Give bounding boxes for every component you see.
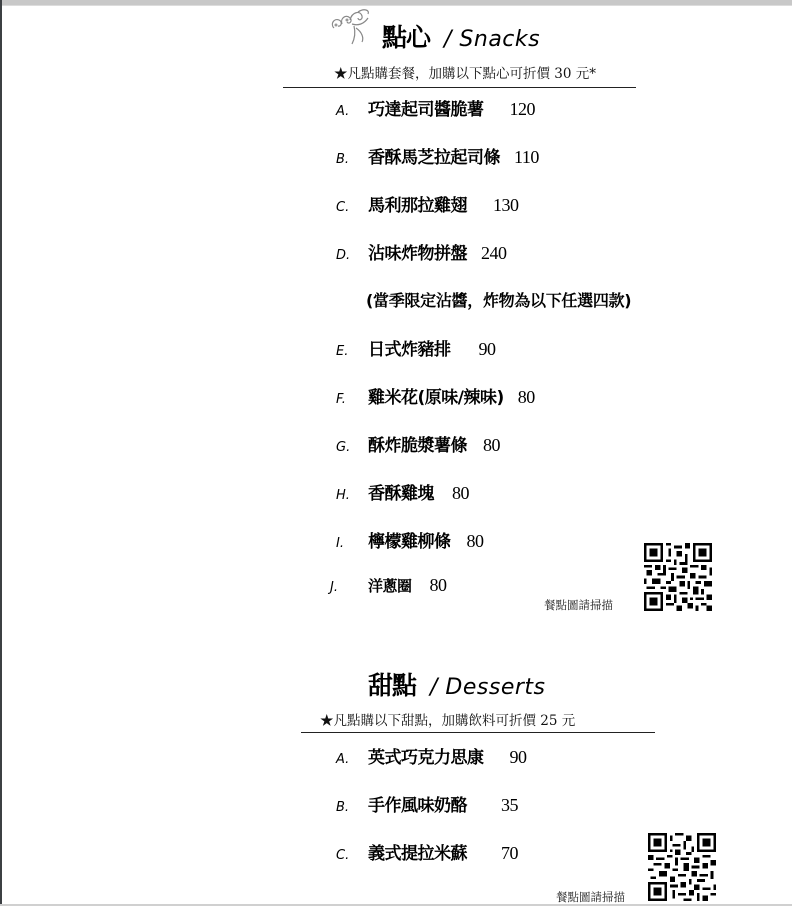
snacks-title-zh: 點心 [382,18,430,54]
dessert-item-c: C. 義式提拉米蘇 70 [336,839,518,864]
platter-note: (當季限定沾醬，炸物為以下任選四款) [366,288,631,311]
item-letter: C. [336,200,368,215]
snacks-qr-caption: 餐點圖請掃描 [544,597,613,613]
snack-item-b: B. 香酥馬芝拉起司條 110 [336,143,539,168]
qr-code-icon[interactable] [648,833,716,901]
item-name: 英式巧克力思康 [368,743,484,768]
desserts-promo-text: ★凡點購以下甜點，加購飲料可折價 25 元 [320,709,575,729]
snack-item-i: I. 檸檬雞柳條 80 [336,527,484,552]
item-name: 檸檬雞柳條 [368,527,451,552]
desserts-title-zh: 甜點 [368,666,416,702]
item-letter: A. [336,104,368,119]
desserts-title-en: / Desserts [430,675,545,700]
qr-code-icon[interactable] [644,543,712,611]
swirl-ornament-icon [328,6,382,46]
item-price: 80 [452,483,469,504]
item-name: 洋蔥圈 [368,575,412,596]
item-letter: B. [336,800,368,815]
item-price: 80 [467,531,484,552]
item-price: 120 [510,99,536,120]
item-name: 義式提拉米蘇 [368,839,467,864]
item-price: 240 [481,243,507,264]
item-name: 雞米花(原味/辣味) [368,383,504,408]
snack-item-e: E. 日式炸豬排 90 [336,335,496,360]
desserts-section-title: 甜點 / Desserts [368,666,546,702]
snacks-divider [283,87,636,88]
viewer-left-edge [0,0,2,906]
item-name: 香酥馬芝拉起司條 [368,143,500,168]
item-letter: D. [336,248,368,263]
item-price: 90 [479,339,496,360]
dessert-item-b: B. 手作風味奶酪 35 [336,791,518,816]
snack-item-h: H. 香酥雞塊 80 [336,479,469,504]
item-letter: E. [336,344,368,359]
desserts-divider [301,732,655,733]
snacks-title-en: / Snacks [444,27,540,52]
item-name: 香酥雞塊 [368,479,434,504]
item-letter: F. [336,392,368,407]
item-price: 80 [483,435,500,456]
item-letter: H. [336,488,368,503]
item-letter: G. [336,440,368,455]
item-name: 酥炸脆漿薯條 [368,431,467,456]
snacks-section-title: 點心 / Snacks [382,18,540,54]
dessert-item-a: A. 英式巧克力思康 90 [336,743,527,768]
item-price: 70 [501,843,518,864]
snack-item-d: D. 沾味炸物拼盤 240 [336,239,507,264]
item-price: 130 [493,195,519,216]
page-top-border [0,0,792,6]
item-letter: C. [336,848,368,863]
snacks-promo-text: ★凡點購套餐，加購以下點心可折價 30 元* [334,62,596,82]
item-letter: J. [330,580,368,595]
item-price: 90 [510,747,527,768]
item-price: 80 [430,575,447,596]
item-letter: I. [336,536,368,551]
item-letter: B. [336,152,368,167]
item-name: 手作風味奶酪 [368,791,467,816]
item-name: 沾味炸物拼盤 [368,239,467,264]
item-letter: A. [336,752,368,767]
item-price: 110 [514,147,539,168]
item-name: 巧達起司醬脆薯 [368,95,484,120]
item-name: 馬利那拉雞翅 [368,191,467,216]
snack-item-g: G. 酥炸脆漿薯條 80 [336,431,500,456]
item-price: 80 [518,387,535,408]
item-name: 日式炸豬排 [368,335,451,360]
snack-item-a: A. 巧達起司醬脆薯 120 [336,95,535,120]
item-price: 35 [501,795,518,816]
snack-item-f: F. 雞米花(原味/辣味) 80 [336,383,535,408]
snack-item-j: J. 洋蔥圈 80 [330,575,447,596]
desserts-qr-caption: 餐點圖請掃描 [556,889,625,905]
snack-item-c: C. 馬利那拉雞翅 130 [336,191,519,216]
